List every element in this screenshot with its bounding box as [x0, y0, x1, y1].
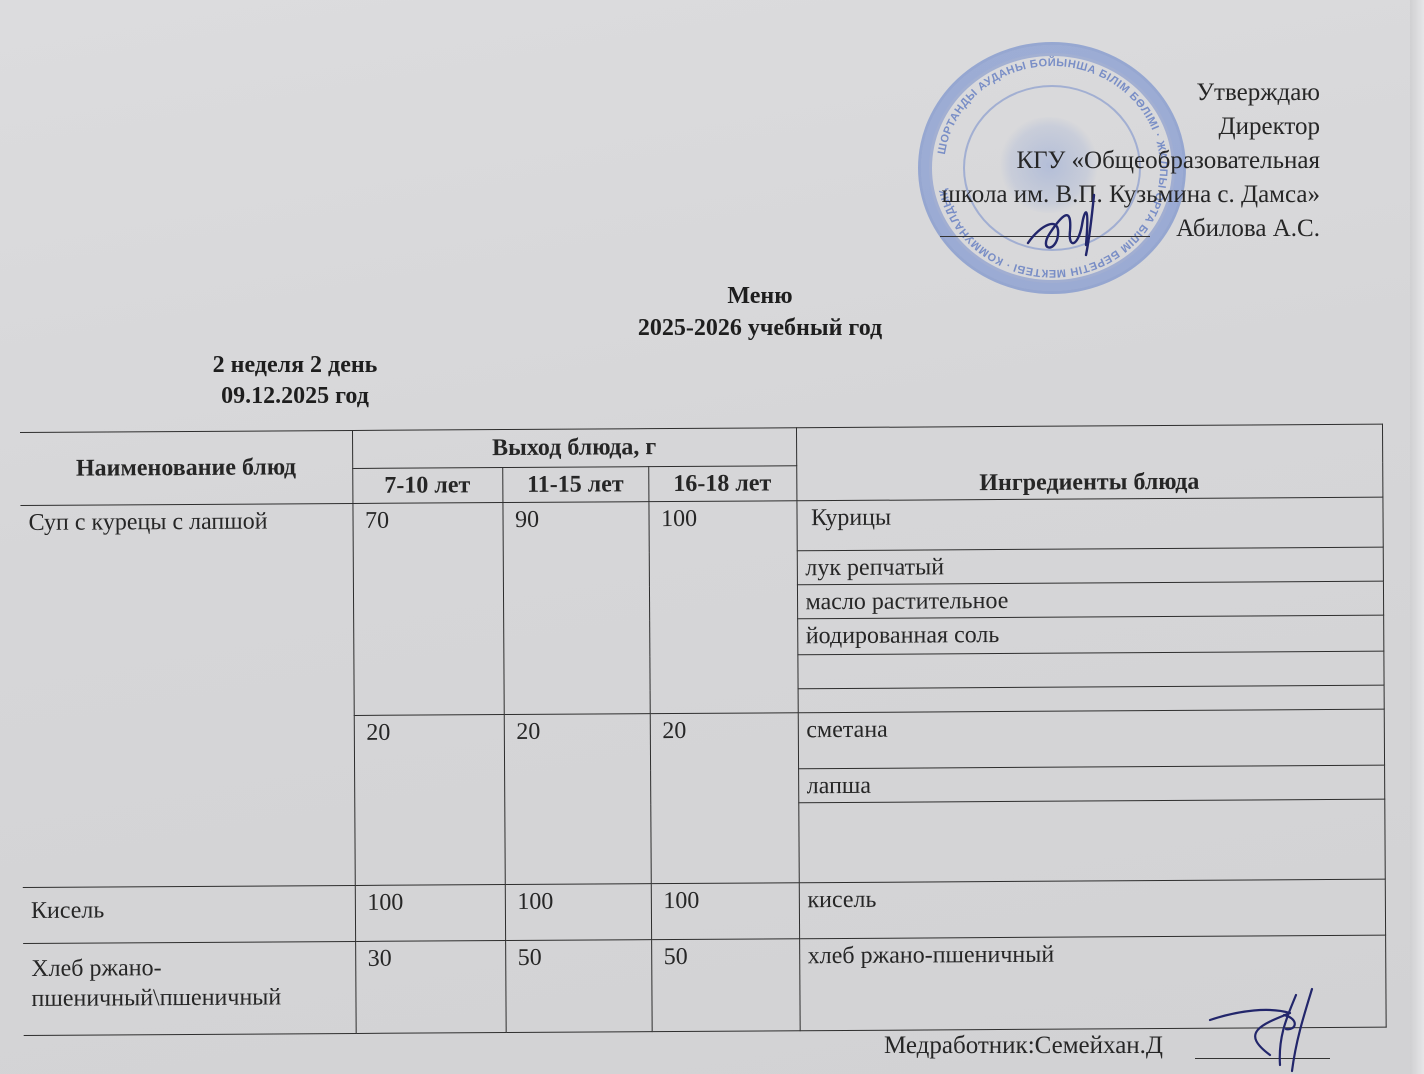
ingredient: кисель	[799, 879, 1385, 939]
value-7-10: 70	[352, 503, 503, 716]
ingredient: Курицы	[796, 497, 1382, 551]
ingredient-empty	[798, 685, 1384, 713]
ingredient: лук репчатый	[797, 547, 1383, 585]
approval-line: Утверждаю	[942, 76, 1320, 110]
week-day: 2 неделя 2 день	[170, 350, 420, 381]
ingredient: сметана	[798, 709, 1384, 769]
value-11-15: 100	[505, 884, 651, 941]
medic-signature-icon	[1200, 985, 1340, 1074]
value-11-15: 50	[505, 940, 652, 1033]
medic-signature-label: Медработник:Семейхан.Д	[884, 1032, 1163, 1060]
value-11-15: 90	[502, 502, 649, 715]
title-main: Меню	[610, 280, 910, 312]
value-16-18: 50	[651, 939, 800, 1032]
dish-name: Хлеб ржано-пшеничный\пшеничный	[23, 941, 356, 1035]
dish-name: Кисель	[23, 885, 355, 943]
header-age-16-18: 16-18 лет	[648, 466, 796, 502]
approval-line: школа им. В.П. Кузьмина с. Дамса»	[942, 178, 1320, 212]
table-row: Кисель 100 100 100 кисель	[23, 879, 1385, 943]
value-16-18: 100	[648, 501, 797, 714]
document-title: Меню 2025-2026 учебный год	[610, 280, 910, 344]
approval-line: Абилова А.С.	[942, 212, 1320, 246]
table-row: Хлеб ржано-пшеничный\пшеничный 30 50 50 …	[23, 935, 1386, 1035]
dish-name: Суп с курецы с лапшой	[20, 503, 354, 887]
header-age-7-10: 7-10 лет	[352, 468, 502, 504]
header-dish-name: Наименование блюд	[20, 430, 352, 505]
ingredient-empty	[798, 799, 1384, 883]
header-ingredients: Ингредиенты блюда	[796, 424, 1382, 501]
approval-block: Утверждаю Директор КГУ «Общеобразователь…	[942, 76, 1320, 246]
menu-table: Наименование блюд Выход блюда, г Ингреди…	[20, 424, 1386, 1036]
title-year: 2025-2026 учебный год	[610, 312, 910, 344]
value-7-10: 30	[355, 941, 506, 1034]
value-16-18: 100	[651, 883, 799, 940]
ingredient: масло растительное	[797, 581, 1383, 619]
table-row: Суп с курецы с лапшой 70 90 100 Курицы	[20, 497, 1382, 555]
value-16-18: 20	[650, 713, 799, 884]
ingredient-empty	[797, 651, 1383, 689]
header-output: Выход блюда, г	[352, 428, 796, 469]
header-age-11-15: 11-15 лет	[502, 467, 648, 503]
value-7-10: 100	[355, 885, 505, 942]
value-11-15: 20	[504, 714, 651, 885]
ingredient: йодированная соль	[797, 615, 1383, 655]
menu-date: 09.12.2025 год	[170, 381, 420, 412]
page-edge	[1410, 0, 1424, 1074]
day-info: 2 неделя 2 день 09.12.2025 год	[170, 350, 420, 412]
approval-line: КГУ «Общеобразовательная	[942, 144, 1320, 178]
value-7-10: 20	[354, 715, 505, 886]
approval-line: Директор	[942, 110, 1320, 144]
director-signature-icon	[1020, 185, 1130, 265]
ingredient: лапша	[798, 765, 1384, 803]
